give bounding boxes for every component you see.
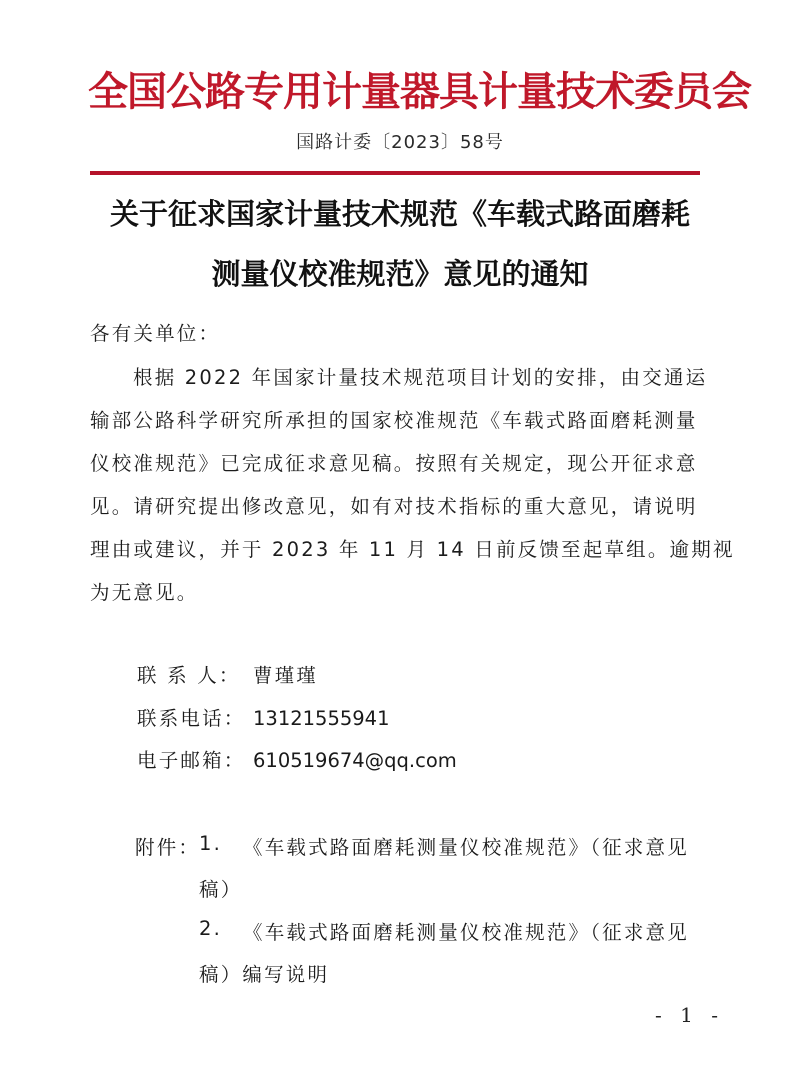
contact-phone-label: 联系电话： xyxy=(137,703,253,731)
attachments-label: 附件： xyxy=(135,832,200,860)
issuing-organization-header: 全国公路专用计量器具计量技术委员会 xyxy=(88,66,702,118)
contact-email-address: 610519674@qq.com xyxy=(253,749,457,772)
contact-email-label: 电子邮箱： xyxy=(137,745,253,773)
attachment-2-number: 2. xyxy=(199,917,222,940)
body-line-4: 见。请研究提出修改意见，如有对技术指标的重大意见，请说明 xyxy=(90,491,698,519)
contact-email-row: 电子邮箱：610519674@qq.com xyxy=(137,745,457,773)
body-line-6: 为无意见。 xyxy=(90,577,199,605)
page-number: - 1 - xyxy=(655,1003,724,1027)
body-line-2: 输部公路科学研究所承担的国家校准规范《车载式路面磨耗测量 xyxy=(90,405,698,433)
contact-person-name: 曹瑾瑾 xyxy=(253,664,318,687)
body-line-3: 仪校准规范》已完成征求意见稿。按照有关规定，现公开征求意 xyxy=(90,448,698,476)
document-number: 国路计委〔2023〕58号 xyxy=(0,128,800,154)
contact-person-row: 联 系 人：曹瑾瑾 xyxy=(137,660,318,688)
red-header-rule xyxy=(90,171,700,175)
salutation: 各有关单位： xyxy=(90,318,220,346)
attachment-1-number: 1. xyxy=(199,832,222,855)
body-line-1: 根据 2022 年国家计量技术规范项目计划的安排，由交通运 xyxy=(133,362,707,390)
attachment-1-title-cont: 稿） xyxy=(199,874,242,902)
attachment-2-title: 《车载式路面磨耗测量仪校准规范》（征求意见 xyxy=(243,917,689,945)
attachment-1-title: 《车载式路面磨耗测量仪校准规范》（征求意见 xyxy=(243,832,689,860)
contact-person-label: 联 系 人： xyxy=(137,660,253,688)
contact-phone-number: 13121555941 xyxy=(253,707,389,730)
attachment-2-title-cont: 稿）编写说明 xyxy=(199,959,329,987)
body-line-5: 理由或建议，并于 2023 年 11 月 14 日前反馈至起草组。逾期视 xyxy=(90,534,735,562)
contact-phone-row: 联系电话：13121555941 xyxy=(137,703,389,731)
notice-title-line-2: 测量仪校准规范》意见的通知 xyxy=(0,252,800,293)
notice-title-line-1: 关于征求国家计量技术规范《车载式路面磨耗 xyxy=(0,192,800,233)
